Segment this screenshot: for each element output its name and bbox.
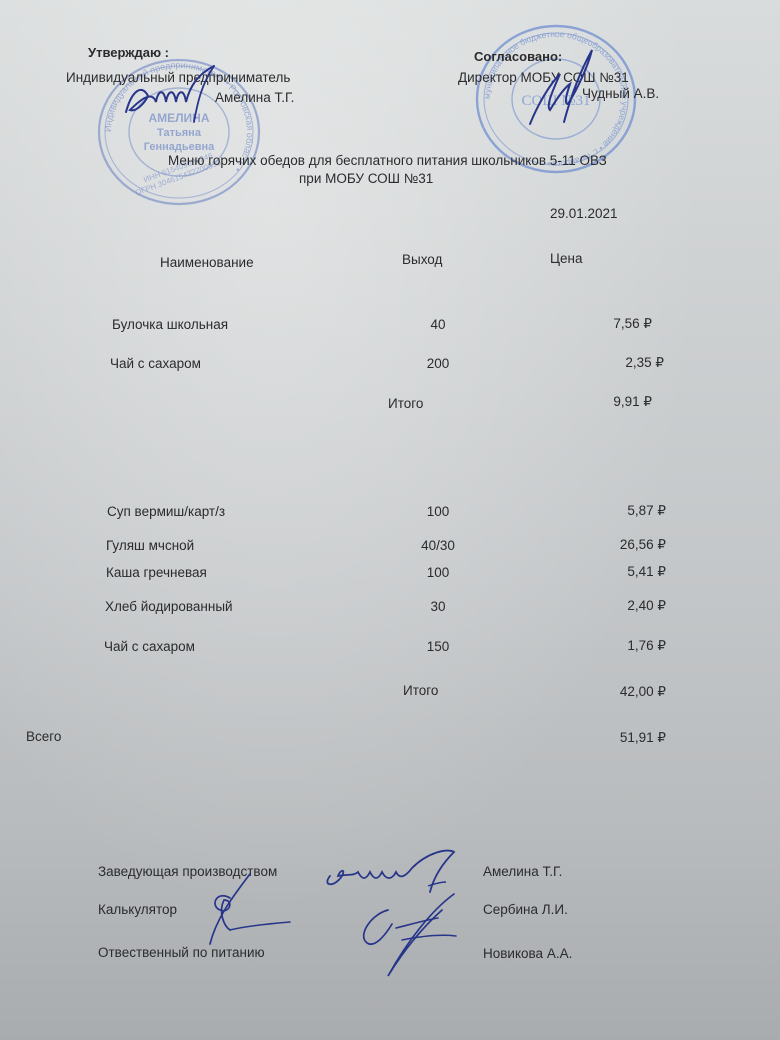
approval-left-heading: Утверждаю : — [88, 46, 169, 59]
column-header-name: Наименование — [160, 256, 254, 270]
approval-right-name: Чудный А.В. — [582, 87, 659, 101]
grand-total: 51,91 ₽ — [540, 731, 666, 745]
section1-total-label: Итого — [388, 397, 488, 411]
column-header-output: Выход — [402, 253, 442, 267]
menu-item-output: 30 — [388, 600, 488, 614]
menu-item-output: 200 — [388, 357, 488, 371]
menu-item-name: Булочка школьная — [112, 318, 228, 332]
menu-item-output: 40 — [388, 318, 488, 332]
approval-right-role: Директор МОБУ СОШ №31 — [458, 71, 629, 85]
svg-text:АМЕЛИНА: АМЕЛИНА — [148, 111, 209, 125]
menu-item-output: 100 — [388, 505, 488, 519]
approval-left-role: Индивидуальный предприниматель — [66, 71, 290, 85]
menu-item-output: 100 — [388, 566, 488, 580]
menu-item-price: 2,35 ₽ — [540, 356, 664, 370]
menu-item-name: Чай с сахаром — [104, 640, 195, 654]
menu-item-output: 40/30 — [388, 539, 488, 553]
signature-production-icon — [318, 846, 468, 896]
section2-total-label: Итого — [403, 684, 438, 698]
signatory-role-calculator: Калькулятор — [98, 903, 177, 917]
signatory-name-production: Амелина Т.Г. — [483, 865, 562, 879]
menu-item-name: Хлеб йодированный — [105, 600, 233, 614]
section2-total: 42,00 ₽ — [540, 685, 666, 699]
document-date: 29.01.2021 — [550, 207, 618, 221]
signatory-role-production: Заведующая производством — [98, 865, 277, 879]
menu-item-name: Суп вермиш/карт/з — [107, 505, 225, 519]
menu-item-price: 7,56 ₽ — [540, 317, 652, 331]
svg-text:Геннадьевна: Геннадьевна — [144, 141, 215, 153]
menu-item-name: Чай с сахаром — [110, 357, 201, 371]
signatory-name-calculator: Сербина Л.И. — [483, 903, 568, 917]
signatory-name-nutrition: Новикова А.А. — [483, 947, 572, 961]
grand-total-label: Всего — [26, 730, 61, 744]
approval-left-name: Амелина Т.Г. — [215, 91, 294, 105]
menu-item-price: 2,40 ₽ — [540, 599, 666, 613]
signatory-role-nutrition: Отвественный по питанию — [98, 946, 265, 960]
svg-text:Татьяна: Татьяна — [157, 127, 202, 139]
column-header-price: Цена — [550, 252, 582, 266]
document-title: Меню горячих обедов для бесплатного пита… — [168, 154, 607, 168]
section1-total: 9,91 ₽ — [540, 395, 652, 409]
menu-item-price: 1,76 ₽ — [540, 639, 666, 653]
menu-item-name: Каша гречневая — [106, 566, 207, 580]
svg-text:СОШ №31: СОШ №31 — [521, 93, 590, 109]
approval-right-heading: Согласовано: — [474, 50, 562, 63]
menu-item-price: 5,87 ₽ — [540, 504, 666, 518]
document-subtitle: при МОБУ СОШ №31 — [299, 172, 433, 186]
menu-item-price: 26,56 ₽ — [540, 538, 666, 552]
signature-nutrition-icon — [352, 890, 472, 985]
menu-item-output: 150 — [388, 640, 488, 654]
menu-item-name: Гуляш мчсной — [106, 539, 194, 553]
menu-item-price: 5,41 ₽ — [540, 565, 666, 579]
